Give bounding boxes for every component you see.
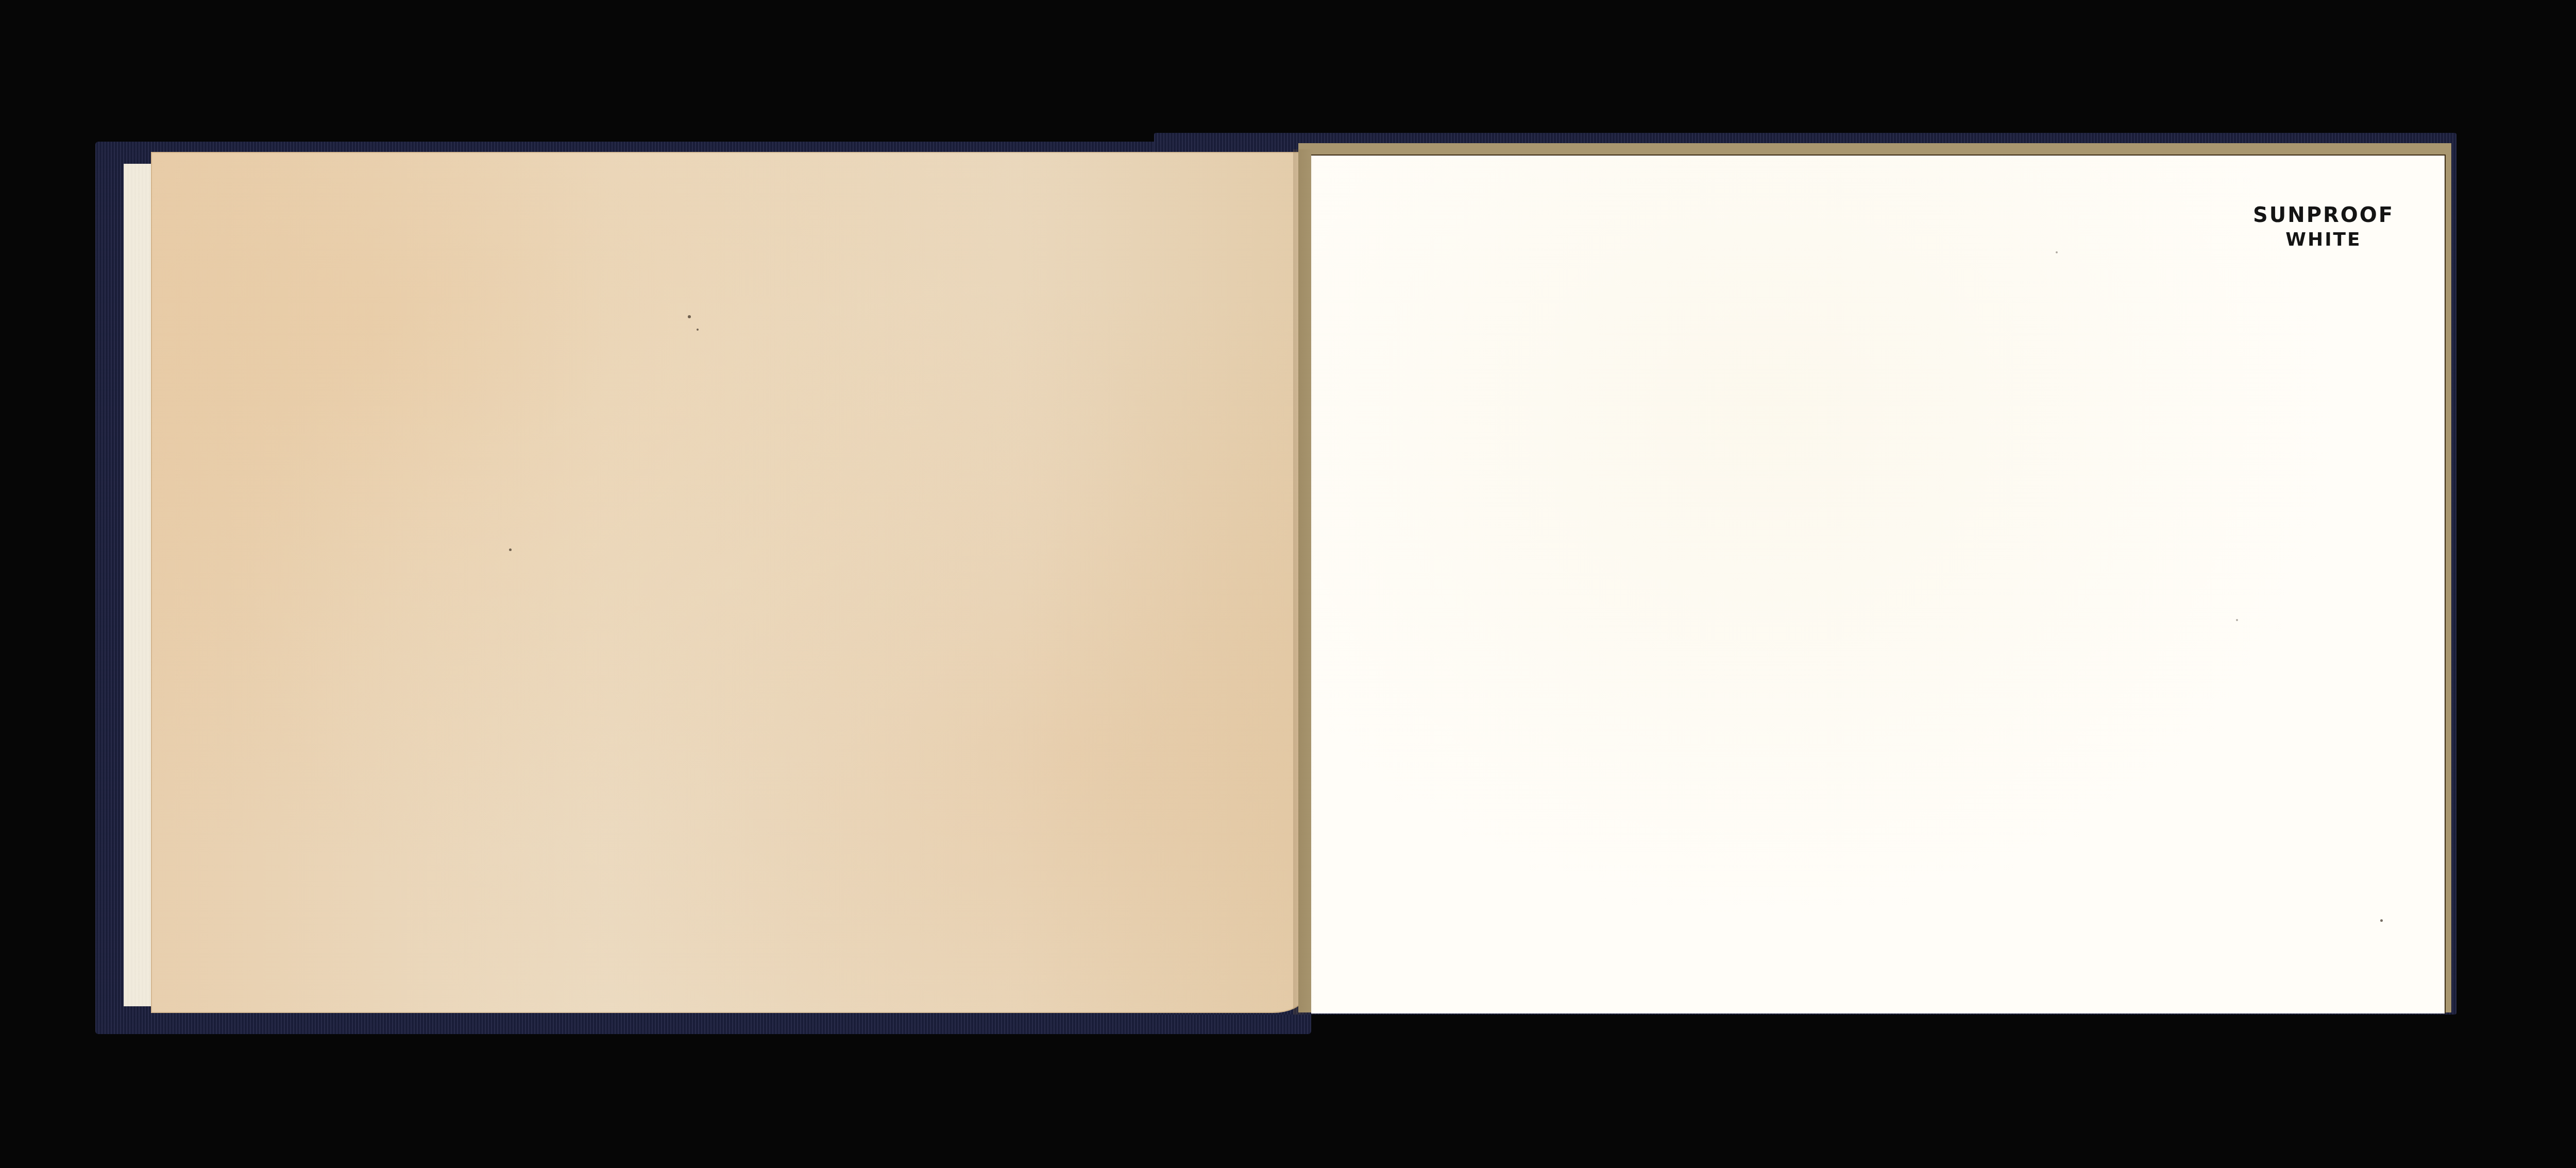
gutter [1293, 149, 1314, 1015]
flyleaf-strip [124, 164, 154, 1006]
scan-scene: SUNPROOF WHITE [0, 0, 2576, 1168]
label-line-2: WHITE [2231, 231, 2416, 249]
paper-speck [688, 315, 691, 318]
paper-speck [2236, 619, 2238, 621]
right-page [1311, 154, 2446, 1014]
paper-speck [2056, 251, 2058, 253]
left-page [151, 152, 1303, 1013]
paper-speck [697, 329, 699, 331]
label-line-1: SUNPROOF [2231, 205, 2416, 226]
paper-speck [509, 548, 512, 551]
color-swatch-label: SUNPROOF WHITE [2231, 205, 2416, 249]
paper-speck [2380, 919, 2383, 922]
